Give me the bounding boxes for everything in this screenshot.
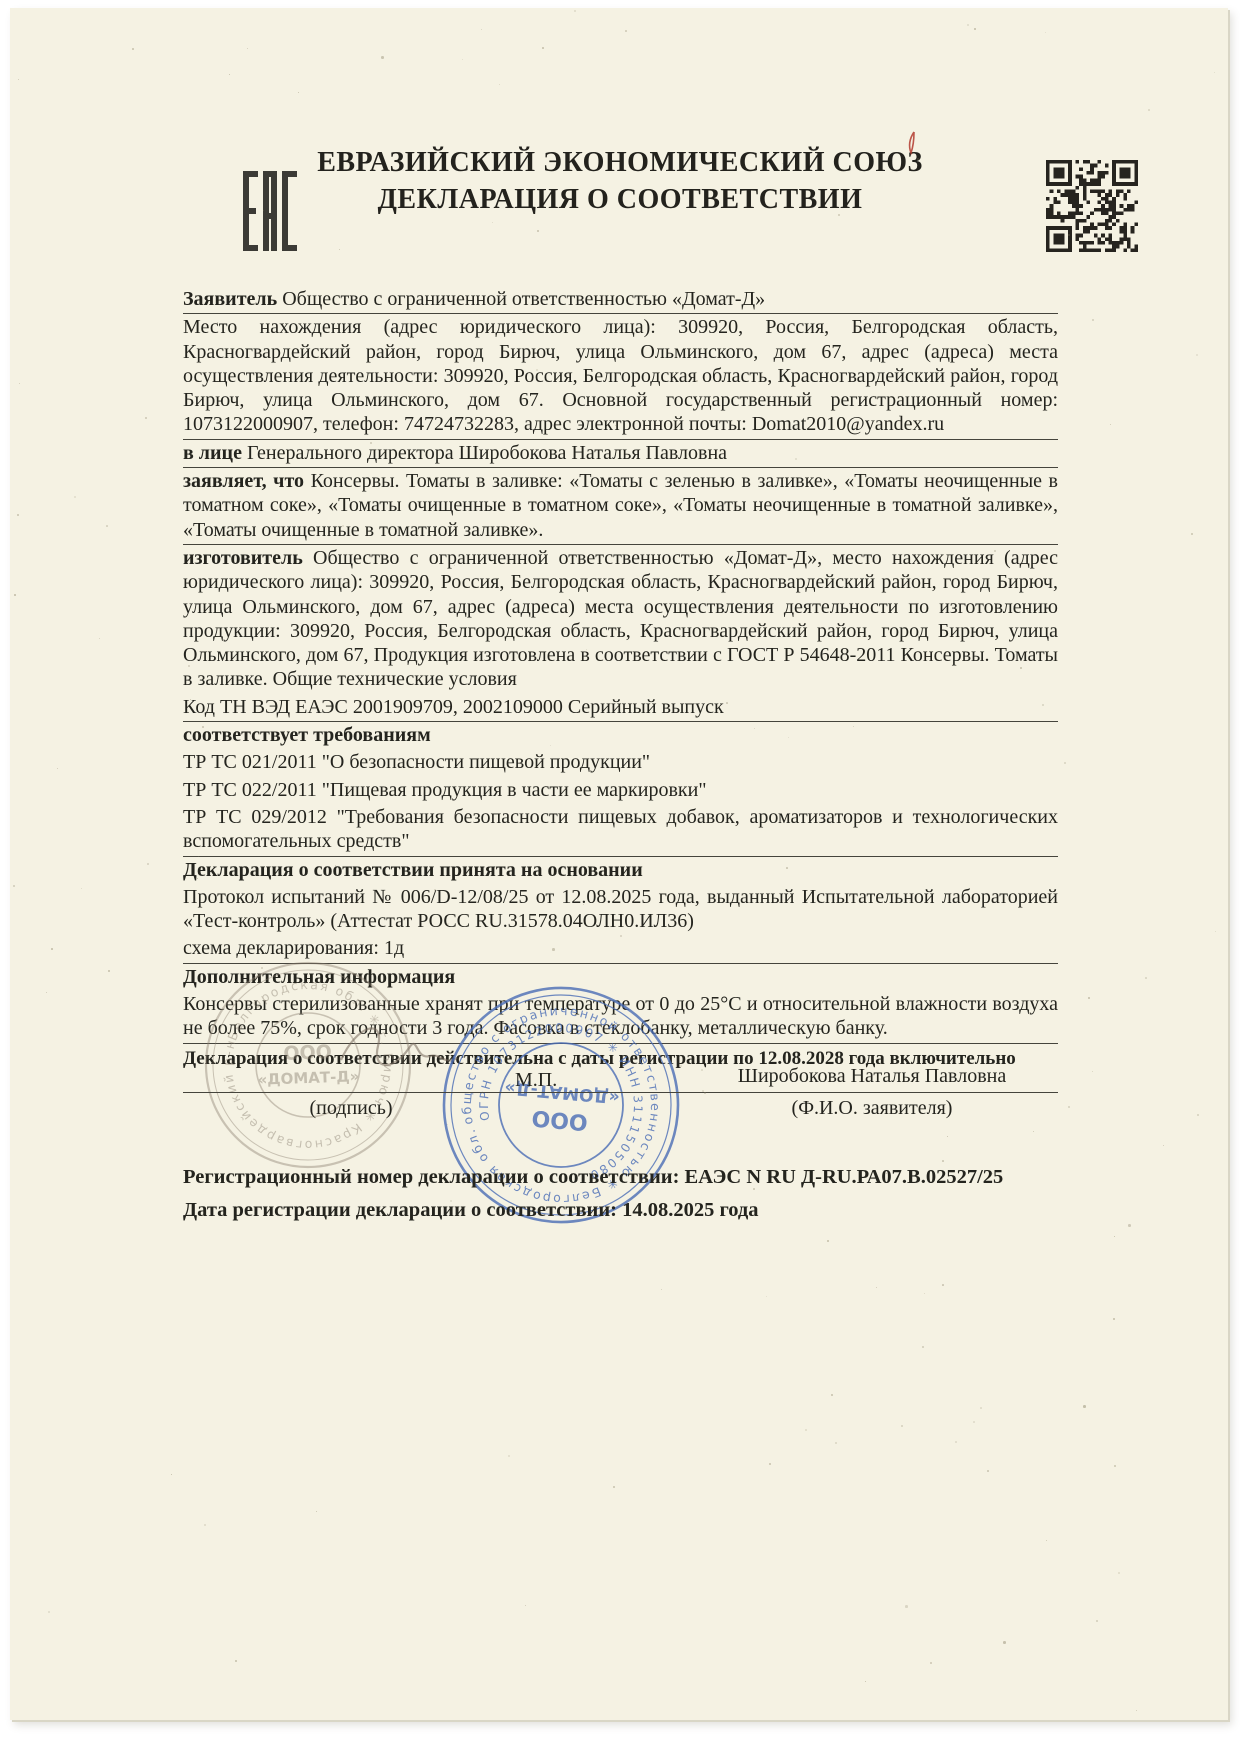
scan-noise-speck xyxy=(947,1136,948,1137)
scan-noise-speck xyxy=(339,249,340,250)
scan-noise-speck xyxy=(132,48,134,50)
handwritten-signature xyxy=(341,1028,457,1065)
scan-noise-speck xyxy=(1214,72,1215,73)
scan-noise-speck xyxy=(204,1524,206,1526)
applicant-value: Общество с ограниченной ответственностью… xyxy=(282,288,765,310)
scan-noise-speck xyxy=(381,56,384,59)
declares-row: заявляет, что Консервы. Томаты в заливке… xyxy=(183,468,1058,545)
scan-noise-speck xyxy=(99,638,100,639)
scan-noise-speck xyxy=(973,1421,975,1423)
scan-noise-speck xyxy=(974,28,976,30)
scan-noise-speck xyxy=(1197,1114,1199,1116)
stamp-place-label: М.П. xyxy=(515,1069,557,1092)
scan-noise-speck xyxy=(1092,319,1094,321)
scan-noise-speck xyxy=(298,92,299,93)
scan-noise-speck xyxy=(462,59,463,60)
blue-stamp-center-1: ООО xyxy=(531,1105,589,1135)
scan-noise-speck xyxy=(108,970,110,972)
scan-noise-speck xyxy=(1118,1572,1120,1574)
basis-heading: Декларация о соответствии принята на осн… xyxy=(183,857,1058,884)
scan-noise-speck xyxy=(57,768,58,769)
scan-noise-speck xyxy=(19,383,20,384)
scan-noise-speck xyxy=(14,594,16,596)
tnved-code-row: Код ТН ВЭД ЕАЭС 2001909709, 2002109000 С… xyxy=(183,694,1058,722)
applicant-fio-name: Широбокова Наталья Павловна xyxy=(662,1065,1082,1088)
scan-noise-speck xyxy=(661,1289,662,1290)
scan-noise-speck xyxy=(901,1425,903,1427)
signature-line xyxy=(183,1092,1058,1093)
scan-noise-speck xyxy=(955,1441,957,1443)
scan-noise-speck xyxy=(769,1463,771,1465)
in-person-value: Генерального директора Широбокова Наталь… xyxy=(247,442,727,464)
red-ink-artifact xyxy=(905,130,919,156)
applicant-row: Заявитель Общество с ограниченной ответс… xyxy=(183,286,1058,314)
title-line-2: ДЕКЛАРАЦИЯ О СООТВЕТСТВИИ xyxy=(250,181,990,218)
scan-noise-speck xyxy=(865,1681,866,1682)
gray-stamp-center-1: ООО xyxy=(283,1041,332,1065)
scan-noise-speck xyxy=(805,1429,807,1431)
scan-noise-speck xyxy=(481,29,482,30)
scan-noise-speck xyxy=(942,1160,944,1162)
scan-noise-speck xyxy=(980,1407,982,1409)
title-line-1: ЕВРАЗИЙСКИЙ ЭКОНОМИЧЕСКИЙ СОЮЗ xyxy=(250,144,990,181)
scan-noise-speck xyxy=(1003,1641,1006,1644)
scan-noise-speck xyxy=(499,84,500,85)
scan-noise-speck xyxy=(1191,533,1193,535)
scan-noise-speck xyxy=(942,1284,944,1286)
scan-noise-speck xyxy=(1163,1145,1164,1146)
scan-noise-speck xyxy=(967,24,969,26)
manufacturer-label: изготовитель xyxy=(183,547,303,569)
in-person-row: в лице Генерального директора Широбокова… xyxy=(183,440,1058,468)
gray-company-stamp-icon: Белгородская обл. ✳ г. Бирюч ✳ Красногва… xyxy=(179,936,436,1193)
scan-noise-speck xyxy=(922,1346,924,1348)
scan-noise-speck xyxy=(876,1287,877,1288)
scan-noise-speck xyxy=(1064,762,1066,764)
scan-noise-speck xyxy=(1045,32,1046,33)
signature-caption: (подпись) xyxy=(246,1097,456,1120)
scan-noise-speck xyxy=(542,47,544,49)
declares-label: заявляет, что xyxy=(183,470,304,492)
scan-noise-speck xyxy=(508,1455,510,1457)
scan-noise-speck xyxy=(766,1296,767,1297)
scan-noise-speck xyxy=(613,1486,615,1488)
scan-noise-speck xyxy=(51,948,53,950)
applicant-label: Заявитель xyxy=(183,288,277,310)
scan-noise-speck xyxy=(13,885,15,887)
scan-noise-speck xyxy=(316,1511,317,1512)
scan-noise-speck xyxy=(574,10,576,12)
scan-noise-speck xyxy=(537,230,539,232)
scan-noise-speck xyxy=(145,417,147,419)
applicant-address: Место нахождения (адрес юридического лиц… xyxy=(183,314,1058,439)
blue-stamp-ring-outer-text: общество с ограниченной ответственностью… xyxy=(440,984,682,1226)
regulation-item-3: ТР ТС 029/2012 "Требования безопасности … xyxy=(183,804,1058,857)
scan-noise-speck xyxy=(17,514,19,516)
scan-noise-speck xyxy=(46,992,47,993)
scan-noise-speck xyxy=(1046,1540,1047,1541)
scan-noise-speck xyxy=(171,1474,172,1475)
scan-noise-speck xyxy=(827,1240,829,1242)
scan-noise-speck xyxy=(235,1660,237,1662)
scan-noise-speck xyxy=(1083,1405,1086,1408)
document-title: ЕВРАЗИЙСКИЙ ЭКОНОМИЧЕСКИЙ СОЮЗ ДЕКЛАРАЦИ… xyxy=(250,144,990,218)
scan-noise-speck xyxy=(18,79,19,80)
scan-noise-speck xyxy=(1196,354,1198,356)
manufacturer-row: изготовитель Общество с ограниченной отв… xyxy=(183,545,1058,694)
scan-noise-speck xyxy=(525,1605,526,1606)
scan-noise-speck xyxy=(924,1293,925,1294)
scan-noise-speck xyxy=(1114,1236,1115,1237)
scan-noise-speck xyxy=(1092,1071,1093,1072)
scan-noise-speck xyxy=(229,74,230,75)
scan-noise-speck xyxy=(492,222,493,223)
scan-noise-speck xyxy=(147,863,149,865)
scan-noise-speck xyxy=(1215,931,1216,932)
gray-stamp-center-2: «ДОМАТ-Д» xyxy=(257,1067,359,1089)
scan-noise-speck xyxy=(1113,1318,1115,1320)
scan-noise-speck xyxy=(1096,1620,1098,1622)
scan-noise-speck xyxy=(625,30,627,32)
qr-code xyxy=(1046,160,1138,252)
regulation-item-1: ТР ТС 021/2011 "О безопасности пищевой п… xyxy=(183,749,1058,776)
declares-value: Консервы. Томаты в заливке: «Томаты с зе… xyxy=(183,470,1058,541)
registration-number-row: Регистрационный номер декларации о соотв… xyxy=(183,1166,1003,1189)
in-person-label: в лице xyxy=(183,442,242,464)
svg-text:общество с ограниченной ответс: общество с ограниченной ответственностью… xyxy=(440,984,682,1226)
scan-noise-speck xyxy=(930,1662,932,1664)
scan-noise-speck xyxy=(1110,424,1111,425)
qr-code-graphic xyxy=(1046,160,1138,252)
scan-noise-speck xyxy=(835,1442,837,1444)
scan-noise-speck xyxy=(987,1470,989,1472)
scan-noise-speck xyxy=(106,525,108,527)
applicant-fio-caption: (Ф.И.О. заявителя) xyxy=(662,1097,1082,1120)
document-page: ЕВРАЗИЙСКИЙ ЭКОНОМИЧЕСКИЙ СОЮЗ ДЕКЛАРАЦИ… xyxy=(10,8,1228,1720)
scan-noise-speck xyxy=(247,48,248,49)
scan-noise-speck xyxy=(831,1394,833,1396)
regulation-item-2: ТР ТС 022/2011 "Пищевая продукция в част… xyxy=(183,777,1058,804)
scan-noise-speck xyxy=(1114,1465,1116,1467)
scan-noise-speck xyxy=(1033,1131,1034,1132)
scan-noise-speck xyxy=(1148,109,1150,111)
scan-noise-speck xyxy=(905,1605,908,1608)
scan-noise-speck xyxy=(74,496,76,498)
scan-noise-speck xyxy=(48,1611,50,1613)
complies-heading: соответствует требованиям xyxy=(183,722,1058,749)
scan-noise-speck xyxy=(1145,977,1147,979)
scan-noise-speck xyxy=(1128,1224,1131,1227)
scan-noise-speck xyxy=(81,888,82,889)
registration-date-row: Дата регистрации декларации о соответств… xyxy=(183,1199,759,1222)
scan-noise-speck xyxy=(1088,997,1090,999)
scan-noise-speck xyxy=(1136,1710,1137,1711)
manufacturer-value: Общество с ограниченной ответственностью… xyxy=(183,547,1058,690)
scanned-declaration-page: { "colors": { "paper": "#f5f2e3", "text"… xyxy=(0,0,1240,1754)
